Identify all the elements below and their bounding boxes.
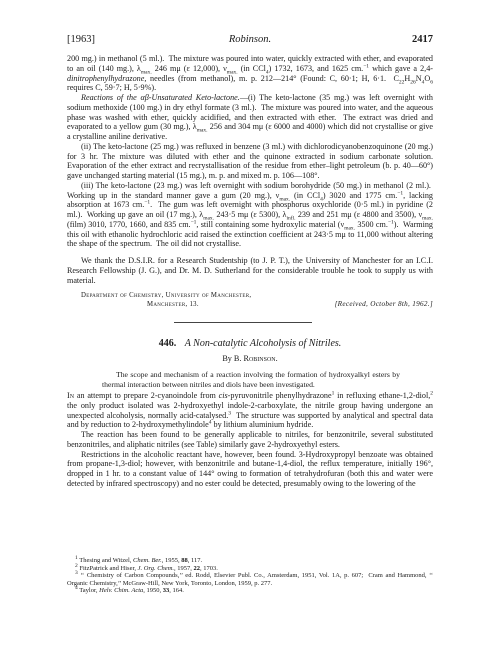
header-page-number: 2417: [412, 34, 433, 45]
paragraph-reactions-iii: (iii) The keto-lactone (23 mg.) was left…: [67, 181, 433, 249]
abstract-text: The scope and mechanism of a reaction in…: [102, 370, 400, 389]
paragraph-reactions-i: Reactions of the αβ-Unsaturated Keto-lac…: [67, 93, 433, 142]
acknowledgement: We thank the D.S.I.R. for a Research Stu…: [67, 256, 433, 285]
byline-prefix: By B.: [222, 354, 241, 363]
paragraph-applicability: The reaction has been found to be genera…: [67, 430, 433, 450]
running-header: [1963] Robinson. 2417: [67, 34, 433, 48]
header-author: Robinson.: [67, 34, 433, 45]
footnote-3: 3 ‘‘ Chemistry of Carbon Compounds,’’ ed…: [67, 572, 433, 587]
article-number: 446.: [159, 338, 177, 349]
paragraph-intro: In an attempt to prepare 2-cyanoindole f…: [67, 391, 433, 430]
address-block: Department of Chemistry, University of M…: [81, 291, 433, 309]
byline: By B. Robinson.: [67, 354, 433, 364]
abstract: The scope and mechanism of a reaction in…: [102, 370, 400, 389]
paragraph-reactions-ii: (ii) The keto-lactone (25 mg.) was reflu…: [67, 142, 433, 181]
article-title-text: A Non-catalytic Alcoholysis of Nitriles.: [185, 338, 342, 349]
received-date: [Received, October 8th, 1962.]: [335, 300, 433, 309]
footnote-1: 1 Thesing and Witzel, Chem. Ber., 1955, …: [67, 557, 433, 565]
byline-author: Robinson.: [243, 354, 277, 363]
footnotes: 1 Thesing and Witzel, Chem. Ber., 1955, …: [67, 557, 433, 595]
paragraph-restrictions: Restrictions in the alcoholic reactant h…: [67, 450, 433, 489]
address-line-2: Manchester, 13.: [147, 300, 199, 309]
paragraph-continuation: 200 mg.) in methanol (5 ml.). The mixtur…: [67, 54, 433, 93]
section-divider: [174, 322, 312, 323]
article-title: 446. A Non-catalytic Alcoholysis of Nitr…: [67, 337, 433, 351]
footnote-4: 4 Taylor, Helv. Chim. Acta, 1950, 33, 16…: [67, 587, 433, 595]
address-line-1: Department of Chemistry, University of M…: [81, 291, 433, 300]
page-body: 200 mg.) in methanol (5 ml.). The mixtur…: [67, 54, 433, 489]
